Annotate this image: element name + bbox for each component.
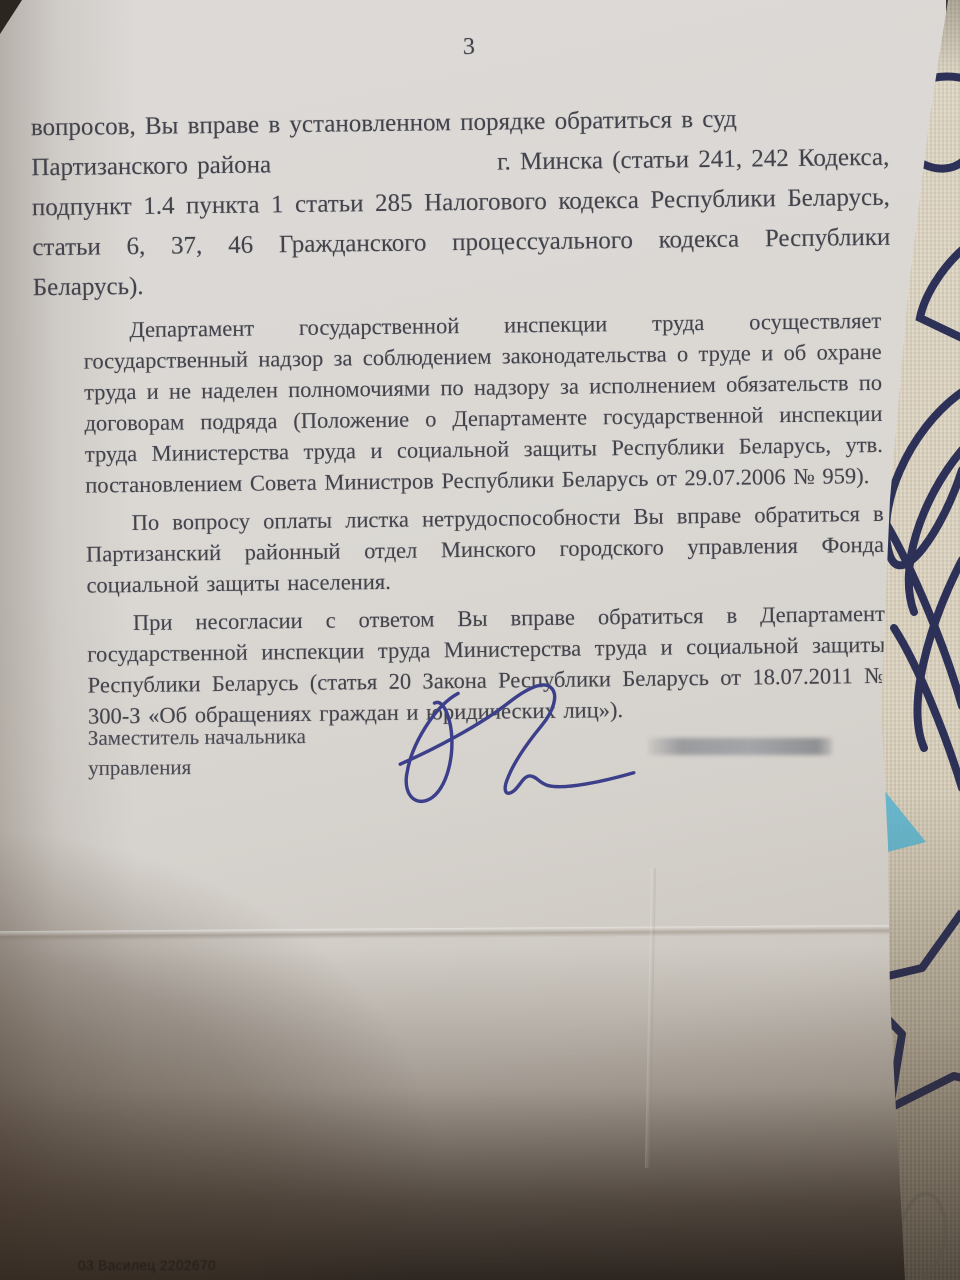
paper-vertical-crease: [645, 868, 656, 1168]
paper-sheet: 3 вопросов, Вы вправе в установленном по…: [0, 0, 960, 1280]
navy-stroke-icon: [920, 250, 960, 338]
signer-role: Заместитель начальника управления: [88, 721, 307, 783]
paragraph-1: вопросов, Вы вправе в установленном поря…: [31, 98, 891, 308]
corner-shadow-top-left: [0, 0, 22, 34]
letter-body: 3 вопросов, Вы вправе в установленном по…: [30, 29, 896, 732]
paragraph-2: Департамент государственной инспекции тр…: [83, 305, 883, 501]
page-number: 3: [40, 29, 898, 66]
court-district-text: Партизанского района: [31, 145, 271, 188]
signer-role-line-1: Заместитель начальника: [88, 721, 306, 753]
redacted-signer-name: [648, 738, 832, 755]
paper-fold-crease: [0, 925, 900, 941]
signature-scribble-icon: [392, 672, 642, 822]
pencil-curve-icon: [902, 1193, 946, 1280]
paragraph-1-rest: подпункт 1.4 пункта 1 статьи 285 Налогов…: [32, 178, 891, 308]
paragraph-3: По вопросу оплаты листка нетрудоспособно…: [86, 498, 885, 601]
executor-note: 03 Василец 2202670: [78, 1258, 216, 1273]
court-city-text: г. Минска (статьи 241, 242 Кодекса,: [497, 138, 890, 183]
signer-role-line-2: управления: [88, 751, 306, 783]
